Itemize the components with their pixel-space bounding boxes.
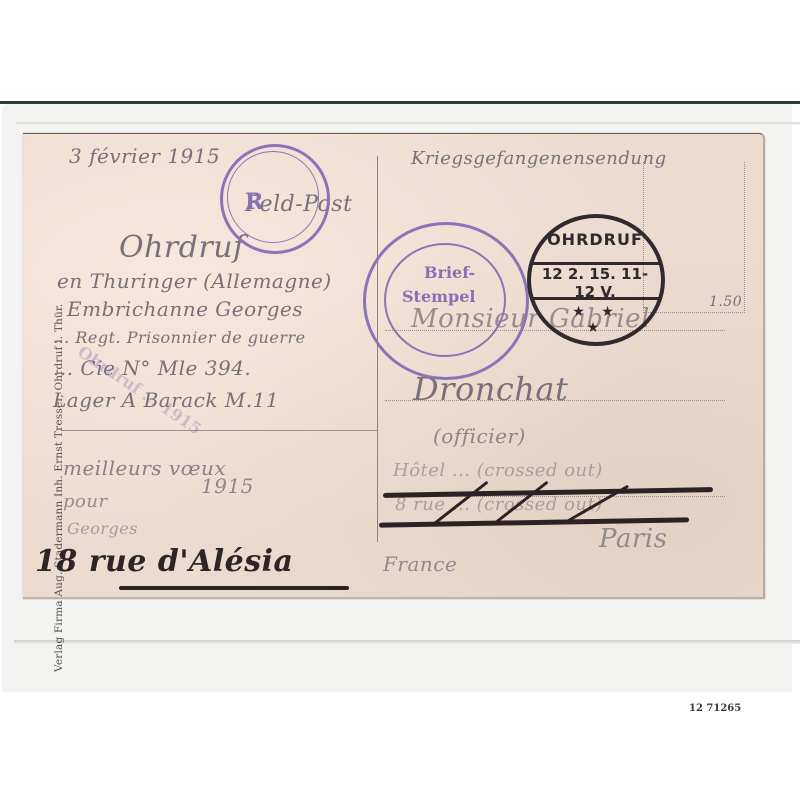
censor-stamp: Brief- Stempel bbox=[363, 222, 529, 380]
forwarding-underline bbox=[119, 586, 349, 590]
mount-edge-bottom bbox=[14, 640, 800, 644]
handwritten-date: 3 février 1915 bbox=[69, 144, 220, 168]
ohrdruf-postmark: OHRDRUF 12 2. 15. 11-12 V. ★ ★ ★ bbox=[527, 214, 665, 346]
postmark-town: OHRDRUF bbox=[545, 230, 645, 249]
mount-edge-top bbox=[16, 122, 800, 125]
sender-line: ... Regt. Prisonnier de guerre bbox=[53, 328, 306, 347]
forwarding-address: 18 rue d'Alésia bbox=[35, 544, 294, 579]
message-line: 1915 bbox=[201, 474, 254, 498]
postmark-stars: ★ ★ ★ bbox=[561, 304, 631, 336]
center-divider bbox=[377, 156, 378, 542]
sender-line: en Thuringer (Allemagne) bbox=[57, 269, 332, 293]
message-line: pour bbox=[63, 491, 108, 512]
serial-number: 12 71265 bbox=[689, 703, 741, 714]
sender-line: Ohrdruf bbox=[119, 230, 245, 265]
message-signature: Georges bbox=[67, 519, 138, 538]
sender-line: Embrichanne Georges bbox=[67, 297, 303, 321]
handwritten-header: Kriegsgefangenensendung bbox=[411, 148, 667, 169]
recipient-line-crossed: Hôtel ... (crossed out) bbox=[393, 460, 603, 481]
recipient-line-crossed: 8 rue ... (crossed out) bbox=[395, 494, 603, 515]
small-round-stamp: R bbox=[220, 144, 330, 254]
message-rule bbox=[61, 430, 377, 431]
recipient-city: Paris bbox=[599, 524, 667, 554]
recipient-line: (officier) bbox=[433, 424, 526, 448]
postcard: Verlag Firma Aug. Stadermann Inh. Ernst … bbox=[23, 133, 765, 599]
censor-center-text: Stempel bbox=[402, 287, 476, 306]
censor-center-text: Brief- bbox=[424, 263, 475, 282]
postmark-date: 12 2. 15. 11-12 V. bbox=[537, 265, 653, 301]
postage-note: 1.50 bbox=[709, 294, 742, 310]
recipient-country: France bbox=[383, 552, 457, 576]
stamp-letter: R bbox=[245, 189, 263, 215]
